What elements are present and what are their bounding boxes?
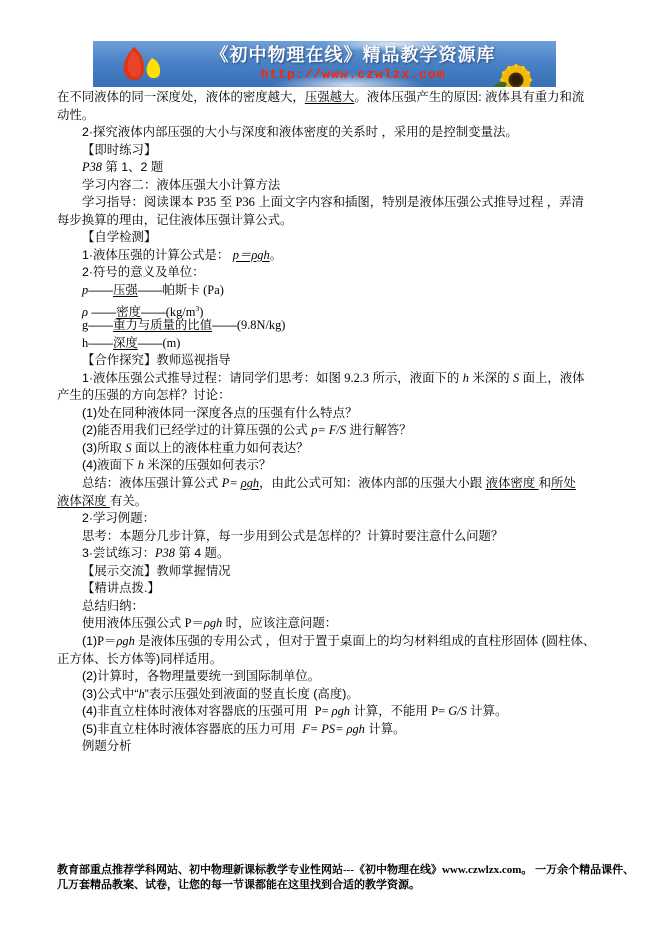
- text-segment: 所示，液面下的: [369, 371, 463, 385]
- text-segment: ，由此公式可知：液体内部的压强大小跟: [259, 476, 485, 490]
- text-segment: 【精讲点拨.】: [82, 581, 160, 595]
- document-body: 在不同液体的同一深度处，液体的密度越大，压强越大。液体压强产生的原因: 液体具有…: [57, 89, 617, 756]
- doc-line: 2·符号的意义及单位：: [57, 264, 617, 282]
- text-segment: 动性。: [57, 108, 94, 122]
- banner-url: http://www.czwlzx.com: [205, 67, 501, 82]
- text-segment: ρgh: [204, 616, 222, 630]
- doc-line: 【合作探究】教师巡视指导: [57, 352, 617, 370]
- text-segment: 在不同液体的同一深度处，液体的密度越大，: [57, 90, 305, 104]
- doc-line: ρ ——密度——(kg/m3): [57, 300, 617, 318]
- site-banner: 《初中物理在线》精品教学资源库 http://www.czwlzx.com: [93, 41, 556, 87]
- doc-line: (2)计算时，各物理量要统一到国际制单位。: [57, 668, 617, 686]
- text-segment: (4)非直立柱体时液体对容器底的压强可用: [82, 704, 315, 718]
- doc-line: (4)液面下 h 米深的压强如何表示？: [57, 457, 617, 475]
- text-segment: 计算。: [467, 704, 508, 718]
- text-segment: 是液体压强的专用公式 ，但对于置于桌面上的均匀材料组成的直柱形固体 (圆柱体、: [135, 634, 596, 648]
- text-segment: ”表示压强处到液面的竖直长度 (高度)。: [145, 687, 359, 701]
- text-segment: P36: [236, 195, 255, 209]
- text-segment: 上面文字内容和插图，特别是液体压强公式推导过程 ，弄清: [255, 195, 584, 209]
- doc-line: 使用液体压强公式 P＝ρgh 时，应该注意问题：: [57, 615, 617, 633]
- blank-answer: p＝ρgh: [233, 248, 270, 262]
- text-segment: 米深的压强如何表示？: [144, 458, 271, 472]
- doc-line: h——深度——(m): [57, 335, 617, 353]
- text-segment: F= PS= ρgh: [302, 722, 365, 736]
- text-segment: 【合作探究】教师巡视指导: [82, 353, 231, 367]
- text-segment: 1·液体压强的计算公式是：: [82, 248, 233, 262]
- text-segment: 和: [539, 476, 551, 490]
- text-segment: P＝: [97, 634, 116, 648]
- document-page: 《初中物理在线》精品教学资源库 http://www.czwlzx.com 在不…: [0, 0, 661, 936]
- text-segment: (4)液面下: [82, 458, 138, 472]
- doc-line: (1)处在同种液体同一深度各点的压强有什么特点？: [57, 405, 617, 423]
- text-segment: 每步换算的理由，记住液体压强计算公式。: [57, 213, 292, 227]
- footer: 教育部重点推荐学科网站、初中物理新课标教学专业性网站---《初中物理在线》www…: [57, 863, 617, 892]
- text-segment: ——: [88, 336, 113, 350]
- text-segment: 产生的压强的方向怎样？讨论：: [57, 388, 230, 402]
- text-segment: p= F/S: [311, 423, 346, 437]
- text-segment: P＝: [185, 616, 204, 630]
- text-segment: (1): [82, 634, 97, 648]
- text-segment: 第 4 题。: [175, 546, 229, 560]
- text-segment: 3·尝试练习：: [82, 546, 155, 560]
- text-segment: 1·液体压强公式推导过程：请同学们思考：如图: [82, 371, 344, 385]
- text-segment: 面上，液体: [519, 371, 584, 385]
- text-segment: (1)处在同种液体同一深度各点的压强有什么特点？: [82, 406, 357, 420]
- text-segment: 。液体压强产生的原因: 液体具有重力和流: [354, 90, 584, 104]
- text-segment: (9.8N/kg): [237, 318, 286, 332]
- doc-line: 每步换算的理由，记住液体压强计算公式。: [57, 212, 617, 230]
- doc-line: 液体深度 有关。: [57, 493, 617, 511]
- text-segment: ——: [138, 336, 163, 350]
- doc-line: (3)公式中“h”表示压强处到液面的竖直长度 (高度)。: [57, 686, 617, 704]
- text-segment: 正方体、长方体等)同样适用。: [57, 652, 222, 666]
- text-segment: P38: [82, 160, 102, 174]
- text-segment: ——: [212, 318, 237, 332]
- doc-line: 思考：本题分几步计算，每一步用到公式是怎样的？计算时要注意什么问题？: [57, 528, 617, 546]
- blank-answer: 压强越大: [305, 90, 355, 104]
- doc-line: g——重力与质量的比值——(9.8N/kg): [57, 317, 617, 335]
- text-segment: (5)非直立柱体时液体容器底的压力可用: [82, 722, 302, 736]
- text-segment: 时，应该注意问题：: [222, 616, 337, 630]
- text-segment: 2·符号的意义及单位：: [82, 265, 205, 279]
- doc-line: 正方体、长方体等)同样适用。: [57, 651, 617, 669]
- blank-answer: ρgh: [241, 476, 259, 490]
- doc-line: 学习内容二：液体压强大小计算方法: [57, 177, 617, 195]
- text-segment: P38: [155, 546, 175, 560]
- text-segment: (2)能否用我们已经学过的计算压强的公式: [82, 423, 311, 437]
- text-segment: G/S: [448, 704, 467, 718]
- doc-line: 【即时练习】: [57, 142, 617, 160]
- text-segment: 例题分析: [82, 739, 132, 753]
- text-segment: 有关。: [110, 494, 147, 508]
- text-segment: 计算，不能用: [350, 704, 431, 718]
- footer-line: 几万套精品教案、试卷，让您的每一节课都能在这里找到合适的教学资源。: [57, 878, 617, 893]
- text-segment: 米深的: [469, 371, 513, 385]
- doc-line: 1·液体压强公式推导过程：请同学们思考：如图 9.2.3 所示，液面下的 h 米…: [57, 370, 617, 388]
- doc-line: (5)非直立柱体时液体容器底的压力可用 F= PS= ρgh 计算。: [57, 721, 617, 739]
- text-segment: 学习指导：阅读课本: [82, 195, 197, 209]
- text-segment: ρgh: [332, 704, 350, 718]
- text-segment: (m): [163, 336, 181, 350]
- doc-line: 【精讲点拨.】: [57, 580, 617, 598]
- doc-line: 例题分析: [57, 738, 617, 756]
- doc-line: (4)非直立柱体时液体对容器底的压强可用 P= ρgh 计算，不能用 P= G/…: [57, 703, 617, 721]
- text-segment: 进行解答？: [346, 423, 411, 437]
- blank-answer: 重力与质量的比值: [113, 318, 212, 332]
- blank-answer: 液体密度: [486, 476, 539, 490]
- doc-line: 在不同液体的同一深度处，液体的密度越大，压强越大。液体压强产生的原因: 液体具有…: [57, 89, 617, 107]
- doc-line: p——压强——帕斯卡 (Pa): [57, 282, 617, 300]
- text-segment: ——: [88, 283, 113, 297]
- doc-line: 3·尝试练习：P38 第 4 题。: [57, 545, 617, 563]
- text-segment: 学习内容二：液体压强大小计算方法: [82, 178, 280, 192]
- doc-line: 产生的压强的方向怎样？讨论：: [57, 387, 617, 405]
- text-segment: (3)所取: [82, 441, 125, 455]
- text-segment: 总结归纳：: [82, 599, 144, 613]
- text-segment: (Pa): [203, 283, 224, 297]
- doc-line: 【展示交流】教师掌握情况: [57, 563, 617, 581]
- text-segment: 9.2.3: [344, 371, 369, 385]
- text-segment: 至: [216, 195, 235, 209]
- text-segment: (2)计算时，各物理量要统一到国际制单位。: [82, 669, 320, 683]
- text-segment: 使用液体压强公式: [82, 616, 185, 630]
- doc-line: (3)所取 S 面以上的液体柱重力如何表达？: [57, 440, 617, 458]
- text-segment: ρgh: [116, 634, 134, 648]
- text-segment: 【即时练习】: [82, 143, 156, 157]
- doc-line: 1·液体压强的计算公式是： p＝ρgh。: [57, 247, 617, 265]
- doc-line: P38 第 1、2 题: [57, 159, 617, 177]
- doc-line: (1)P＝ρgh 是液体压强的专用公式 ，但对于置于桌面上的均匀材料组成的直柱形…: [57, 633, 617, 651]
- doc-line: 2·学习例题：: [57, 510, 617, 528]
- text-segment: 第 1、2 题: [102, 160, 163, 174]
- blank-answer: 压强: [113, 283, 138, 297]
- text-segment: 2·学习例题：: [82, 511, 155, 525]
- doc-line: 【自学检测】: [57, 229, 617, 247]
- doc-line: 动性。: [57, 107, 617, 125]
- text-segment: 【展示交流】教师掌握情况: [82, 564, 231, 578]
- footer-line: 教育部重点推荐学科网站、初中物理新课标教学专业性网站---《初中物理在线》www…: [57, 863, 617, 878]
- text-segment: ——: [88, 318, 113, 332]
- banner-title: 《初中物理在线》精品教学资源库: [205, 45, 501, 66]
- text-segment: 思考：本题分几步计算，每一步用到公式是怎样的？计算时要注意什么问题？: [82, 529, 503, 543]
- doc-line: 总结：液体压强计算公式 P= ρgh，由此公式可知：液体内部的压强大小跟 液体密…: [57, 475, 617, 493]
- text-segment: 面以上的液体柱重力如何表达？: [132, 441, 309, 455]
- doc-line: 学习指导：阅读课本 P35 至 P36 上面文字内容和插图，特别是液体压强公式推…: [57, 194, 617, 212]
- text-segment: P=: [431, 704, 448, 718]
- text-segment: 2·探究液体内部压强的大小与深度和液体密度的关系时 ，采用的是控制变量法。: [82, 125, 518, 139]
- text-segment: P=: [222, 476, 241, 490]
- text-segment: P=: [315, 704, 332, 718]
- text-segment: (3)公式中“: [82, 687, 138, 701]
- doc-line: 总结归纳：: [57, 598, 617, 616]
- text-segment: 【自学检测】: [82, 230, 156, 244]
- blank-answer: 深度: [113, 336, 138, 350]
- doc-line: (2)能否用我们已经学过的计算压强的公式 p= F/S 进行解答？: [57, 422, 617, 440]
- blank-answer: 液体深度: [57, 494, 110, 508]
- text-segment: 。: [270, 248, 282, 262]
- doc-line: 2·探究液体内部压强的大小与深度和液体密度的关系时 ，采用的是控制变量法。: [57, 124, 617, 142]
- text-segment: P35: [197, 195, 216, 209]
- blank-answer: 所处: [551, 476, 576, 490]
- text-segment: 总结：液体压强计算公式: [82, 476, 222, 490]
- text-segment: 计算。: [365, 722, 406, 736]
- text-segment: ——帕斯卡: [138, 283, 203, 297]
